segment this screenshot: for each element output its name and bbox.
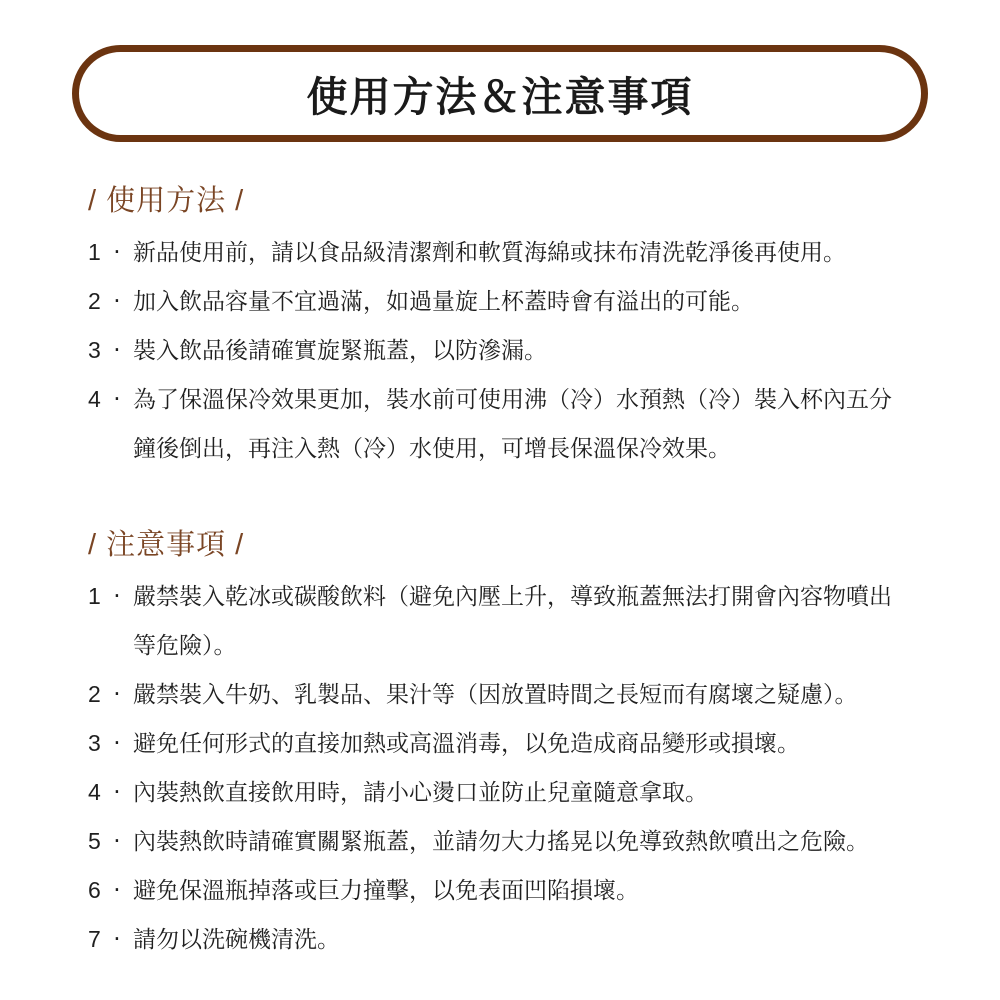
item-number: 4: [88, 768, 101, 817]
item-text: 新品使用前，請以食品級清潔劑和軟質海綿或抹布清洗乾淨後再使用。: [133, 228, 945, 277]
item-dot: ‧: [101, 326, 133, 375]
item-marker: 1‧: [88, 572, 133, 621]
item-marker: 4‧: [88, 375, 133, 424]
item-marker: 2‧: [88, 277, 133, 326]
item-dot: ‧: [101, 866, 133, 915]
list-item: 6‧ 避免保溫瓶掉落或巨力撞擊，以免表面凹陷損壞。: [88, 866, 945, 915]
item-number: 3: [88, 719, 101, 768]
item-marker: 1‧: [88, 228, 133, 277]
item-marker: 3‧: [88, 326, 133, 375]
item-marker: 2‧: [88, 670, 133, 719]
item-marker: 3‧: [88, 719, 133, 768]
list-item: 5‧ 內裝熱飲時請確實關緊瓶蓋，並請勿大力搖晃以免導致熱飲噴出之危險。: [88, 817, 945, 866]
item-marker: 6‧: [88, 866, 133, 915]
list-item: 2‧ 加入飲品容量不宜過滿，如過量旋上杯蓋時會有溢出的可能。: [88, 277, 945, 326]
item-text: 避免保溫瓶掉落或巨力撞擊，以免表面凹陷損壞。: [133, 866, 945, 915]
item-marker: 4‧: [88, 768, 133, 817]
item-number: 4: [88, 375, 101, 424]
item-text: 加入飲品容量不宜過滿，如過量旋上杯蓋時會有溢出的可能。: [133, 277, 945, 326]
section-heading-cautions: / 注意事項 /: [88, 527, 945, 563]
item-text: 為了保溫保冷效果更加，裝水前可使用沸（冷）水預熱（冷）裝入杯內五分 鐘後倒出，再…: [133, 375, 945, 473]
title-banner: 使用方法＆注意事項: [72, 45, 928, 142]
content-area: / 使用方法 / 1‧ 新品使用前，請以食品級清潔劑和軟質海綿或抹布清洗乾淨後再…: [0, 183, 1000, 964]
item-number: 2: [88, 670, 101, 719]
item-dot: ‧: [101, 277, 133, 326]
list-item: 3‧ 裝入飲品後請確實旋緊瓶蓋，以防滲漏。: [88, 326, 945, 375]
item-dot: ‧: [101, 719, 133, 768]
list-item: 7‧ 請勿以洗碗機清洗。: [88, 915, 945, 964]
item-text: 內裝熱飲直接飲用時，請小心燙口並防止兒童隨意拿取。: [133, 768, 945, 817]
item-dot: ‧: [101, 572, 133, 621]
instruction-sheet: 使用方法＆注意事項 / 使用方法 / 1‧ 新品使用前，請以食品級清潔劑和軟質海…: [0, 0, 1000, 1000]
item-dot: ‧: [101, 375, 133, 424]
section-heading-usage: / 使用方法 /: [88, 183, 945, 219]
item-marker: 7‧: [88, 915, 133, 964]
list-item: 1‧ 嚴禁裝入乾冰或碳酸飲料（避免內壓上升，導致瓶蓋無法打開會內容物噴出 等危險…: [88, 572, 945, 670]
usage-list: 1‧ 新品使用前，請以食品級清潔劑和軟質海綿或抹布清洗乾淨後再使用。 2‧ 加入…: [88, 228, 945, 473]
item-number: 2: [88, 277, 101, 326]
item-number: 3: [88, 326, 101, 375]
item-number: 1: [88, 228, 101, 277]
list-item: 2‧ 嚴禁裝入牛奶、乳製品、果汁等（因放置時間之長短而有腐壞之疑慮）。: [88, 670, 945, 719]
item-dot: ‧: [101, 817, 133, 866]
item-text: 請勿以洗碗機清洗。: [133, 915, 945, 964]
list-item: 4‧ 內裝熱飲直接飲用時，請小心燙口並防止兒童隨意拿取。: [88, 768, 945, 817]
list-item: 3‧ 避免任何形式的直接加熱或高溫消毒，以免造成商品變形或損壞。: [88, 719, 945, 768]
cautions-list: 1‧ 嚴禁裝入乾冰或碳酸飲料（避免內壓上升，導致瓶蓋無法打開會內容物噴出 等危險…: [88, 572, 945, 964]
item-dot: ‧: [101, 228, 133, 277]
item-number: 1: [88, 572, 101, 621]
item-dot: ‧: [101, 768, 133, 817]
item-number: 6: [88, 866, 101, 915]
item-dot: ‧: [101, 670, 133, 719]
item-marker: 5‧: [88, 817, 133, 866]
item-number: 5: [88, 817, 101, 866]
item-text: 嚴禁裝入牛奶、乳製品、果汁等（因放置時間之長短而有腐壞之疑慮）。: [133, 670, 945, 719]
item-text: 嚴禁裝入乾冰或碳酸飲料（避免內壓上升，導致瓶蓋無法打開會內容物噴出 等危險）。: [133, 572, 945, 670]
item-text: 避免任何形式的直接加熱或高溫消毒，以免造成商品變形或損壞。: [133, 719, 945, 768]
list-item: 1‧ 新品使用前，請以食品級清潔劑和軟質海綿或抹布清洗乾淨後再使用。: [88, 228, 945, 277]
item-dot: ‧: [101, 915, 133, 964]
item-number: 7: [88, 915, 101, 964]
page-title: 使用方法＆注意事項: [307, 64, 694, 123]
item-text: 內裝熱飲時請確實關緊瓶蓋，並請勿大力搖晃以免導致熱飲噴出之危險。: [133, 817, 945, 866]
item-text: 裝入飲品後請確實旋緊瓶蓋，以防滲漏。: [133, 326, 945, 375]
list-item: 4‧ 為了保溫保冷效果更加，裝水前可使用沸（冷）水預熱（冷）裝入杯內五分 鐘後倒…: [88, 375, 945, 473]
